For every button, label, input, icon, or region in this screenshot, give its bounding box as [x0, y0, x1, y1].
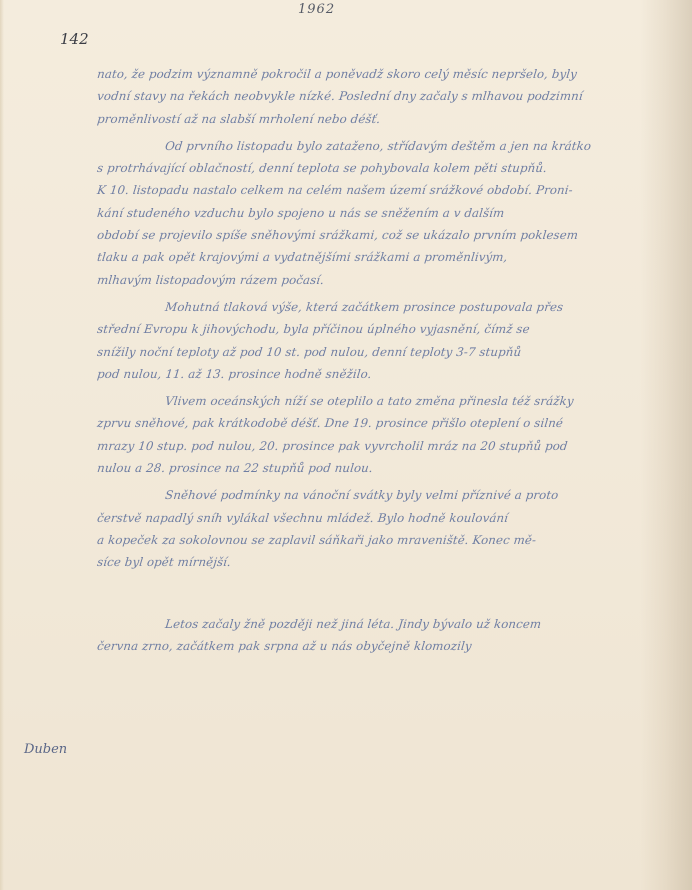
- text-line: vodní stavy na řekách neobvykle nízké. P…: [96, 85, 663, 107]
- paragraph: Sněhové podmínky na vánoční svátky byly …: [96, 484, 661, 573]
- text-line: mlhavým listopadovým rázem počasí.: [96, 269, 663, 291]
- text-line: a kopeček za sokolovnou se zaplavil sáňk…: [96, 529, 663, 551]
- paragraph: Od prvního listopadu bylo zataženo, stří…: [96, 135, 661, 291]
- text-line: Od prvního listopadu bylo zataženo, stří…: [96, 135, 663, 157]
- paragraph-next-section: Letos začaly žně později než jiná léta. …: [96, 613, 661, 658]
- document-page: 1962 142 Duben nato, že podzim významně …: [0, 0, 692, 890]
- text-line: nato, že podzim významně pokročil a poně…: [96, 63, 663, 85]
- text-line: období se projevilo spíše sněhovými sráž…: [96, 224, 663, 246]
- text-line: Mohutná tlaková výše, která začátkem pro…: [96, 296, 663, 318]
- paragraph: Mohutná tlaková výše, která začátkem pro…: [96, 296, 661, 385]
- text-line: čerstvě napadlý sníh vylákal všechnu mlá…: [96, 507, 663, 529]
- text-line: pod nulou, 11. až 13. prosince hodně sně…: [96, 363, 663, 385]
- text-line: síce byl opět mírnější.: [96, 551, 663, 573]
- page-edge: [0, 0, 4, 890]
- text-line: snížily noční teploty až pod 10 st. pod …: [96, 341, 663, 363]
- text-line: zprvu sněhové, pak krátkodobě déšť. Dne …: [96, 412, 663, 434]
- paragraph: Vlivem oceánských níží se oteplilo a tat…: [96, 390, 661, 479]
- paragraph: nato, že podzim významně pokročil a poně…: [96, 63, 661, 130]
- chronicle-text: nato, že podzim významně pokročil a poně…: [96, 63, 661, 657]
- page-year: 1962: [298, 2, 335, 17]
- text-line: mrazy 10 stup. pod nulou, 20. prosince p…: [96, 435, 663, 457]
- text-line: s protrhávající oblačností, denní teplot…: [96, 157, 663, 179]
- text-line: Vlivem oceánských níží se oteplilo a tat…: [96, 390, 663, 412]
- text-line: nulou a 28. prosince na 22 stupňů pod nu…: [96, 457, 663, 479]
- text-line: Sněhové podmínky na vánoční svátky byly …: [96, 484, 663, 506]
- text-line: června zrno, začátkem pak srpna až u nás…: [96, 635, 663, 657]
- text-line: Letos začaly žně později než jiná léta. …: [96, 613, 663, 635]
- text-line: K 10. listopadu nastalo celkem na celém …: [96, 179, 663, 201]
- text-line: kání studeného vzduchu bylo spojeno u ná…: [96, 202, 663, 224]
- text-line: střední Evropu k jihovýchodu, byla příči…: [96, 318, 663, 340]
- page-number: 142: [60, 30, 89, 48]
- text-line: proměnlivostí až na slabší mrholení nebo…: [96, 108, 663, 130]
- margin-section-label: Duben: [24, 742, 67, 757]
- text-line: tlaku a pak opět krajovými a vydatnějším…: [96, 246, 663, 268]
